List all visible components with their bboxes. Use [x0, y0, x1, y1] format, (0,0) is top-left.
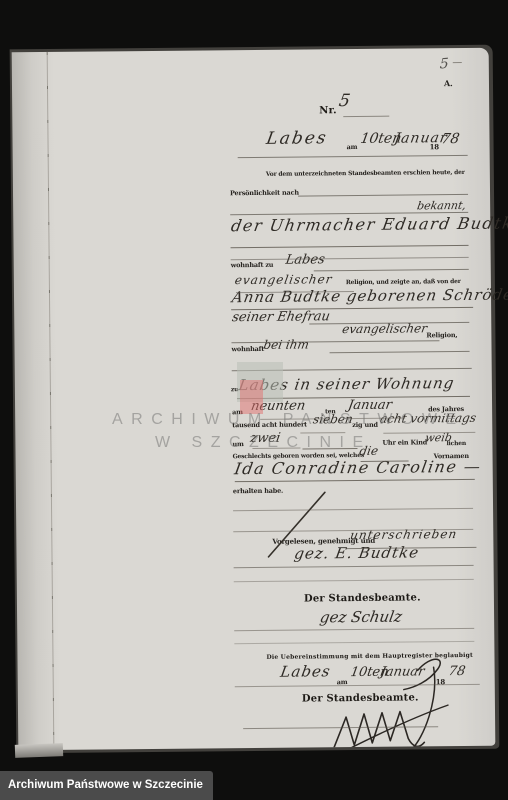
signature-descender	[410, 667, 436, 750]
registrar-title: Der Standesbeamte.	[304, 592, 421, 604]
rule-line	[343, 116, 389, 117]
known-entry: bekannt,	[416, 199, 467, 212]
nr-value: 5	[337, 91, 351, 111]
rule-line	[231, 307, 473, 310]
nr-label: Nr.	[319, 105, 337, 116]
mother-name: Anna Budtke geborenen Schröder,	[231, 285, 508, 306]
head-am: am	[347, 143, 358, 151]
rule-line	[234, 628, 474, 631]
residence-entry: Labes	[284, 252, 326, 267]
rule-line	[234, 565, 474, 568]
religion1-entry: evangelischer	[234, 272, 334, 287]
rule-line	[314, 269, 469, 271]
declarant-signature: gez. E. Budtke	[293, 543, 421, 562]
rule-line	[233, 508, 473, 511]
religion2-label: Religion,	[426, 331, 457, 339]
archive-footer-label: Archiwum Państwowe w Szczecinie	[0, 771, 213, 800]
cert-place: Labes	[279, 662, 332, 681]
registrar-title2: Der Standesbeamte.	[302, 692, 419, 704]
pink-highlight-patch	[240, 380, 263, 414]
page-stack-corner	[15, 743, 63, 758]
registrar-signature: gez Schulz	[319, 608, 404, 627]
rule-line	[243, 726, 438, 729]
rule-line	[231, 257, 469, 260]
folio-letter: A.	[444, 78, 453, 88]
certify-line: Die Uebereinstimmung mit dem Hauptregist…	[266, 652, 473, 661]
child-name-entry: Ida Conradine Caroline —	[233, 457, 483, 478]
watermark-line1: ARCHIWUM PAŃSTWOWE	[112, 411, 465, 429]
head-century: 18	[430, 142, 439, 151]
declarant-name: der Uhrmacher Eduard Budtke	[230, 213, 508, 235]
uhr-label: Uhr ein Kind	[382, 438, 427, 446]
head-year: 78	[440, 131, 460, 147]
rule-line	[231, 245, 469, 248]
rule-line	[234, 579, 474, 582]
watermark-line2: W SZCZECINIE	[155, 434, 372, 452]
rule-line	[330, 351, 470, 353]
rule-line	[298, 194, 468, 197]
rule-line	[238, 155, 468, 158]
rule-line	[235, 479, 475, 482]
intro-line2: Persönlichkeit nach	[230, 189, 299, 198]
religion1-label: Religion, und zeigte an, daß von der	[346, 278, 461, 286]
cert-month: Januar	[379, 664, 425, 679]
head-place: Labes	[265, 128, 329, 149]
rule-line	[234, 641, 474, 644]
binding-crease	[47, 52, 55, 750]
signature-scrawl	[333, 711, 424, 749]
scanned-document-photo: 5 A. Nr. 5 Labes am 10ten Januar 18 78 V…	[0, 0, 508, 800]
intro-line1: Vor dem unterzeichneten Standesbeamten e…	[266, 169, 465, 178]
residence2-label: wohnhaft	[231, 345, 264, 353]
residence2-entry: bei ihm	[262, 337, 310, 351]
rule-line	[453, 62, 462, 63]
cert-year: 78	[447, 664, 466, 679]
folio-number: 5	[440, 56, 449, 73]
rule-line	[231, 340, 439, 343]
gender-suffix: lichen	[446, 440, 466, 447]
residence-label: wohnhaft zu	[231, 261, 274, 269]
erhalten-label: erhalten habe.	[233, 487, 283, 495]
